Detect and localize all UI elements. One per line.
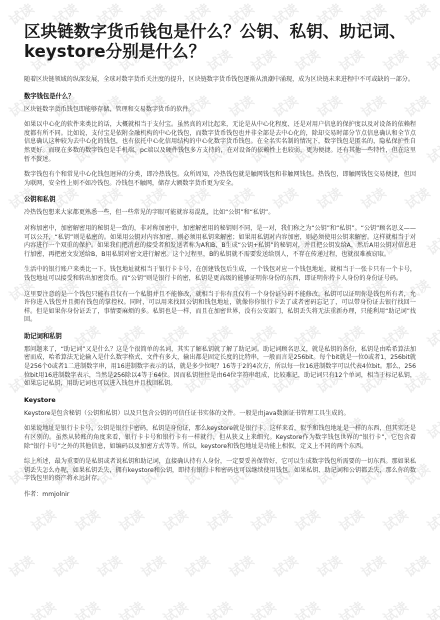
watermark-text: 试读 — [379, 504, 411, 534]
paragraph: Keystore是包含秘钥（公钥和私钥）以及只包含公钥的可信任证书实体的文件。一… — [24, 410, 416, 419]
watermark-text: 试读 — [93, 550, 125, 580]
watermark-text: 试读 — [203, 596, 235, 620]
watermark-text: 试读 — [71, 596, 103, 620]
paragraph: 如果说地址是银行卡卡号，公钥是银行卡密码，私钥是身份证，那么keystore就是… — [24, 425, 416, 451]
watermark-text: 试读 — [27, 504, 59, 534]
section-heading-wallet: 数字钱包是什么？ — [24, 92, 416, 101]
paragraph: 那问题来了，“助记词”又是什么？这是个很简单的名词，其实了解私钥就了解了助记词。… — [24, 346, 416, 389]
watermark-text: 试读 — [27, 596, 59, 620]
paragraph: 这里要注意的是一个钱包只能有且仅有一个私钥并且不能修改，就相当于你有且仅有一个身… — [24, 291, 416, 325]
watermark-text: 试读 — [247, 504, 279, 534]
watermark-text: 试读 — [379, 596, 411, 620]
paragraph: 对称加密中，加密解密用的秘钥是一致的，非对称加密中，加密解密用的秘钥则不同，是一… — [24, 225, 416, 259]
watermark-text: 试读 — [313, 550, 345, 580]
watermark-text: 试读 — [247, 596, 279, 620]
watermark-text: 试读 — [269, 550, 301, 580]
watermark-text: 试读 — [291, 596, 323, 620]
section-heading-keystore: Keystore — [24, 396, 416, 405]
paragraph: 生活中的银行账户来类比一下。钱包地址就相当于银行卡卡号，在创建钱包后生成，一个钱… — [24, 266, 416, 283]
paragraph: 数字钱包有个和常见中心化钱包迥异的分类，即冷热钱包。众所周知，冷热钱包就是触网钱… — [24, 171, 416, 188]
watermark-text: 试读 — [49, 550, 81, 580]
watermark-text: 试读 — [401, 550, 433, 580]
watermark-text: 试读 — [159, 504, 191, 534]
watermark-text: 试读 — [5, 550, 37, 580]
section-heading-mnemonic: 助记词和私钥 — [24, 332, 416, 341]
watermark-text: 试读 — [115, 596, 147, 620]
page-title: 区块链数字货币钱包是什么？公钥、私钥、助记词、keystore分别是什么？ — [24, 22, 416, 62]
watermark-text: 试读 — [159, 596, 191, 620]
watermark-text: 试读 — [203, 504, 235, 534]
author-line: 作者：mmjolnir — [24, 491, 416, 500]
intro-paragraph: 随着区块链领域的纵深发展，全球对数字货币关注度的提升，区块链数字货币钱包逐渐从浪… — [24, 76, 416, 85]
watermark-text: 试读 — [335, 596, 367, 620]
watermark-text: 试读 — [335, 504, 367, 534]
watermark-text: 试读 — [357, 550, 389, 580]
section-heading-keys: 公钥和私钥 — [24, 195, 416, 204]
watermark-text: 试读 — [137, 550, 169, 580]
watermark-text: 试读 — [115, 504, 147, 534]
watermark-text: 试读 — [225, 550, 257, 580]
paragraph: 如果以中心化的软件来类比的话，大概就相当于支付宝。虽然真的对比起来，无论是从中心… — [24, 121, 416, 164]
paragraph: 综上所述，最为重要的是私钥或者说私钥和助记词，直接确认持有人身份，一定要妥善保管… — [24, 458, 416, 484]
paragraph: 冷热钱包想来大家都更熟悉一些，但一些常见的字眼可能就容易混乱，比如“公钥”和“私… — [24, 209, 416, 218]
watermark-text: 试读 — [181, 550, 213, 580]
document: 区块链数字货币钱包是什么？公钥、私钥、助记词、keystore分别是什么？ 随着… — [0, 22, 440, 500]
paragraph: 区块链数字货币钱包即能够存储、管理和交易数字货币的软件。 — [24, 106, 416, 115]
watermark-text: 试读 — [291, 504, 323, 534]
watermark-text: 试读 — [423, 596, 440, 620]
watermark-text: 试读 — [423, 504, 440, 534]
watermark-text: 试读 — [71, 504, 103, 534]
